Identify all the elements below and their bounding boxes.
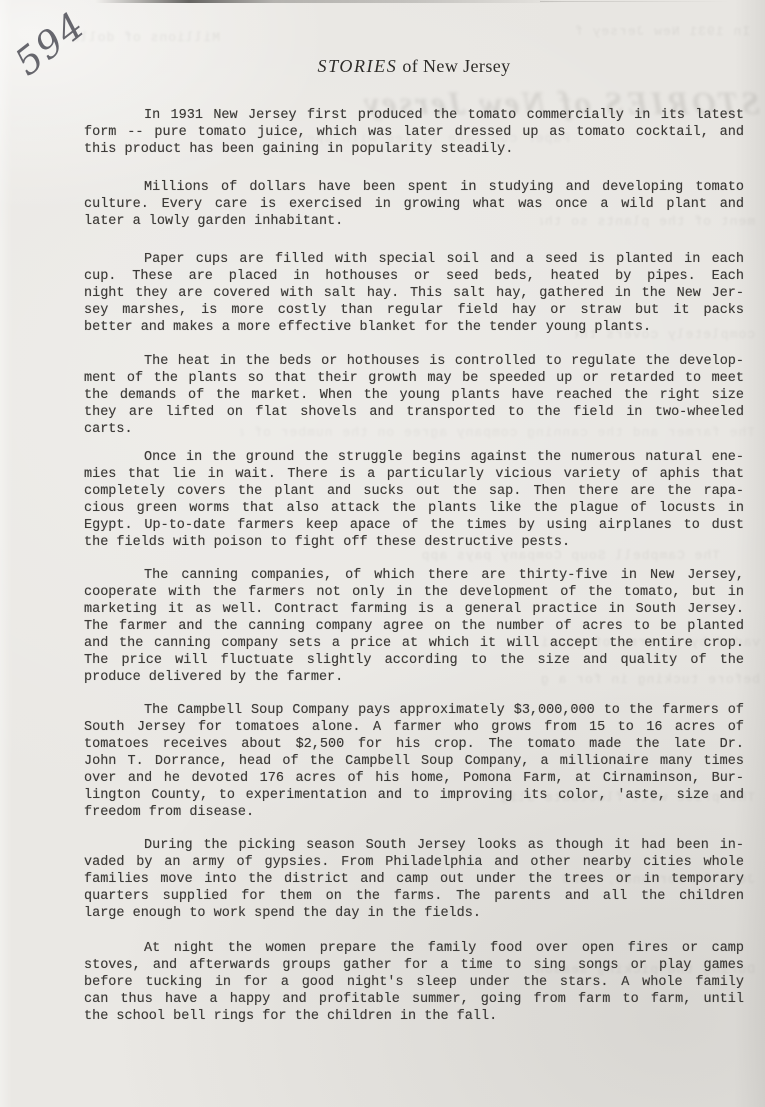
scan-edge-mark-right (540, 1, 730, 2)
text-line: this product has been gaining in popular… (84, 141, 744, 158)
text-line: The canning companies, of which there ar… (84, 567, 744, 584)
paragraph: Paper cups are filled with special soil … (84, 251, 744, 336)
text-line: over and he devoted 176 acres of his hom… (84, 770, 744, 787)
text-line: lington County, to experimentation and t… (84, 787, 744, 804)
text-line: During the picking season South Jersey l… (84, 837, 744, 854)
text-line: South Jersey for tomatoes alone. A farme… (84, 719, 744, 736)
document-page: { "colors": { "paper": "#e8e6e2", "ink":… (0, 0, 765, 1107)
text-line: later a lowly garden inhabitant. (84, 213, 744, 230)
text-line: Egypt. Up-to-date farmers keep apace of … (84, 517, 744, 534)
text-line: Millions of dollars have been spent in s… (84, 179, 744, 196)
text-line: quarters supplied for them on the farms.… (84, 888, 744, 905)
text-line: better and makes a more effective blanke… (84, 319, 744, 336)
text-line: culture. Every care is exercised in grow… (84, 196, 744, 213)
paragraph: At night the women prepare the family fo… (84, 940, 744, 1025)
bleedthrough-line: In 1931 New Jersey first produced the to… (575, 24, 750, 39)
text-line: tomatoes receives about $2,500 for his c… (84, 736, 744, 753)
paragraph: The heat in the beds or hothouses is con… (84, 353, 744, 438)
document-body: In 1931 New Jersey first produced the to… (84, 107, 744, 1041)
text-line: The price will fluctuate slightly accord… (84, 652, 744, 669)
text-line: cious green worms that also attack the p… (84, 500, 744, 517)
text-line: carts. (84, 421, 744, 438)
text-line: the fields with poison to fight off thes… (84, 534, 744, 551)
text-line: families move into the district and camp… (84, 871, 744, 888)
text-line: marketing it as well. Contract farming i… (84, 601, 744, 618)
text-line: they are lifted on flat shovels and tran… (84, 404, 744, 421)
text-line: In 1931 New Jersey first produced the to… (84, 107, 744, 124)
text-line: Paper cups are filled with special soil … (84, 251, 744, 268)
text-line: The heat in the beds or hothouses is con… (84, 353, 744, 370)
text-line: night they are covered with salt hay. Th… (84, 285, 744, 302)
paragraph: In 1931 New Jersey first produced the to… (84, 107, 744, 158)
text-line: freedom from disease. (84, 804, 744, 821)
text-line: At night the women prepare the family fo… (84, 940, 744, 957)
text-line: sey marshes, is more costly than regular… (84, 302, 744, 319)
text-line: can thus have a happy and profitable sum… (84, 991, 744, 1008)
text-line: cup. These are placed in hothouses or se… (84, 268, 744, 285)
text-line: John T. Dorrance, head of the Campbell S… (84, 753, 744, 770)
text-line: The Campbell Soup Company pays approxima… (84, 702, 744, 719)
text-line: before tucking in for a good night's sle… (84, 974, 744, 991)
title-rest: of New Jersey (402, 56, 510, 76)
scan-edge-mark (95, 0, 565, 3)
text-line: large enough to work spend the day in th… (84, 905, 744, 922)
paragraph: The Campbell Soup Company pays approxima… (84, 702, 744, 821)
text-line: cooperate with the farmers not only in t… (84, 584, 744, 601)
text-line: produce delivered by the farmer. (84, 669, 744, 686)
paragraph: Once in the ground the struggle begins a… (84, 449, 744, 551)
text-line: and the canning company sets a price at … (84, 635, 744, 652)
text-line: vaded by an army of gypsies. From Philad… (84, 854, 744, 871)
text-line: form -- pure tomato juice, which was lat… (84, 124, 744, 141)
text-line: The farmer and the canning company agree… (84, 618, 744, 635)
text-line: ment of the plants so that their growth … (84, 370, 744, 387)
text-line: Once in the ground the struggle begins a… (84, 449, 744, 466)
text-line: the school bell rings for the children i… (84, 1008, 744, 1025)
text-line: mies that lie in wait. There is a partic… (84, 466, 744, 483)
text-line: the demands of the market. When the youn… (84, 387, 744, 404)
paragraph: The canning companies, of which there ar… (84, 567, 744, 686)
paragraph: During the picking season South Jersey l… (84, 837, 744, 922)
handwritten-page-number: 594 (7, 3, 94, 84)
paragraph: Millions of dollars have been spent in s… (84, 179, 744, 230)
page-title: STORIESof New Jersey (84, 56, 744, 77)
text-line: completely covers the plant and sucks ou… (84, 483, 744, 500)
title-emphasis: STORIES (317, 56, 397, 76)
text-line: stoves, and afterwards groups gather for… (84, 957, 744, 974)
